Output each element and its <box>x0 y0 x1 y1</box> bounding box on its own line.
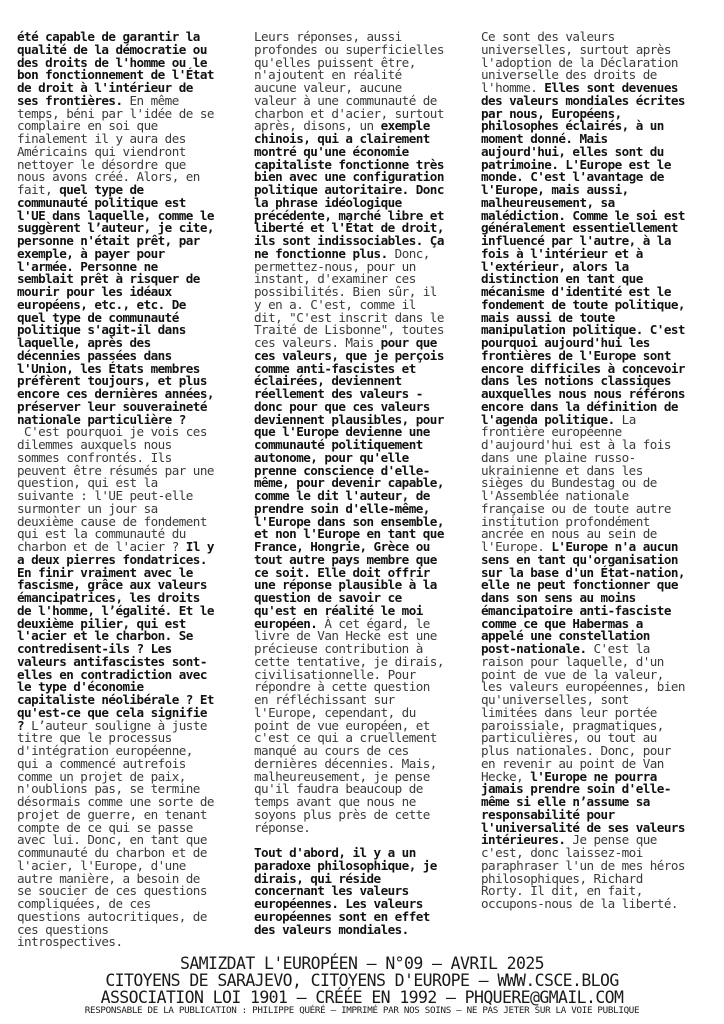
body-text: occupons-nous de la liberté. <box>481 896 678 911</box>
article-column-2: Leurs réponses, aussiprofondes ou superf… <box>254 31 476 936</box>
article-column-1: été capable de garantir laqualité de la … <box>17 31 239 949</box>
footer-association: ASSOCIATION LOI 1901 – CRÉÉE EN 1992 – P… <box>0 989 724 1006</box>
text-line: occupons-nous de la liberté. <box>481 898 711 911</box>
text-line: réponse. <box>254 822 476 835</box>
body-text: réponse. <box>254 820 310 835</box>
text-line: introspectives. <box>17 936 239 949</box>
bold-text: des valeurs mondiales. <box>254 922 409 937</box>
footer-legal-notice: RESPONSABLE DE LA PUBLICATION : PHILIPPE… <box>0 1006 724 1016</box>
footer-masthead: SAMIZDAT L'EUROPÉEN – N°09 – AVRIL 2025 <box>0 955 724 972</box>
text-line: des valeurs mondiales. <box>254 924 476 937</box>
footer-tagline: CITOYENS DE SARAJEVO, CITOYENS D'EUROPE … <box>0 972 724 989</box>
body-text: introspectives. <box>17 934 122 949</box>
article-column-3: Ce sont des valeursuniverselles, surtout… <box>481 31 711 911</box>
